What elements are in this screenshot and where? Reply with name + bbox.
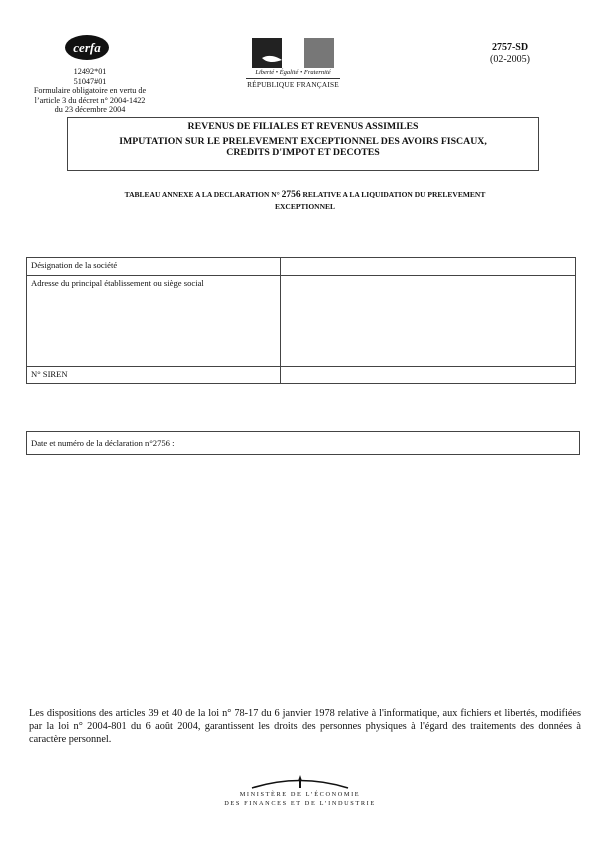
form-identifier: 2757-SD (02-2005) xyxy=(470,42,550,66)
legal-basis-line: Formulaire obligatoire en vertu de xyxy=(5,86,175,96)
siren-label: N° SIREN xyxy=(27,367,281,384)
notice-number: 51047#01 xyxy=(5,77,175,87)
table-row: Adresse du principal établissement ou si… xyxy=(27,276,576,367)
siren-field[interactable] xyxy=(281,367,576,384)
republic-motto: Liberté • Égalité • Fraternité xyxy=(246,69,340,76)
cerfa-number: 12492*01 xyxy=(5,67,175,77)
annex-heading: TABLEAU ANNEXE A LA DECLARATION N° 2756 … xyxy=(90,189,520,213)
declaration-number: 2756 xyxy=(282,190,301,200)
subtitle-line: CREDITS D'IMPOT ET DECOTES xyxy=(68,147,538,158)
ministry-line: MINISTÈRE DE L’ÉCONOMIE xyxy=(200,791,400,800)
declaration-date-field[interactable]: Date et numéro de la déclaration n°2756 … xyxy=(26,431,580,455)
legal-basis-line: du 23 décembre 2004 xyxy=(5,105,175,115)
republic-name: RÉPUBLIQUE FRANÇAISE xyxy=(246,78,340,89)
table-row: N° SIREN xyxy=(27,367,576,384)
cerfa-info: 12492*01 51047#01 Formulaire obligatoire… xyxy=(5,67,175,115)
annex-text: RELATIVE A LA LIQUIDATION DU PRELEVEMENT xyxy=(301,190,486,199)
address-field[interactable] xyxy=(281,276,576,367)
legal-basis-line: l’article 3 du décret n° 2004-1422 xyxy=(5,96,175,106)
form-code: 2757-SD xyxy=(470,42,550,54)
ministry-logo-icon xyxy=(250,775,350,789)
subtitle-line: IMPUTATION SUR LE PRELEVEMENT EXCEPTIONN… xyxy=(68,136,538,147)
company-name-label: Désignation de la société xyxy=(27,258,281,276)
marianne-logo-icon xyxy=(252,38,334,68)
privacy-notice: Les dispositions des articles 39 et 40 d… xyxy=(29,707,581,747)
annex-text: EXCEPTIONNEL xyxy=(90,201,520,213)
form-version: (02-2005) xyxy=(470,54,550,66)
form-title: REVENUS DE FILIALES ET REVENUS ASSIMILES xyxy=(68,121,538,132)
form-title-box: REVENUS DE FILIALES ET REVENUS ASSIMILES… xyxy=(67,117,539,171)
company-name-field[interactable] xyxy=(281,258,576,276)
declaration-date-label: Date et numéro de la déclaration n°2756 … xyxy=(31,438,175,448)
form-subtitle: IMPUTATION SUR LE PRELEVEMENT EXCEPTIONN… xyxy=(68,136,538,158)
ministry-line: DES FINANCES ET DE L’INDUSTRIE xyxy=(200,800,400,809)
identification-table: Désignation de la société Adresse du pri… xyxy=(26,257,576,384)
ministry-name: MINISTÈRE DE L’ÉCONOMIE DES FINANCES ET … xyxy=(200,791,400,808)
table-row: Désignation de la société xyxy=(27,258,576,276)
annex-text: TABLEAU ANNEXE A LA DECLARATION N° xyxy=(125,190,282,199)
cerfa-logo: cerfa xyxy=(65,35,109,60)
address-label: Adresse du principal établissement ou si… xyxy=(27,276,281,367)
